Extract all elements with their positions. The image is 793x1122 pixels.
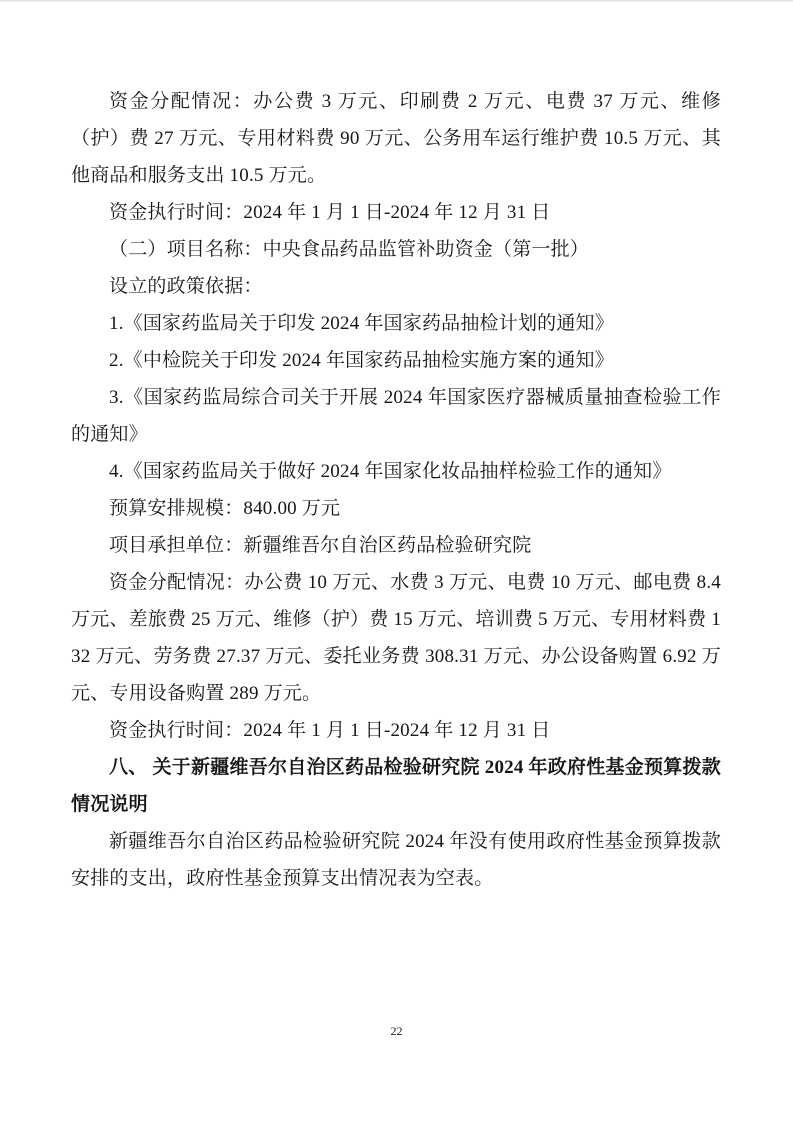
para-policy-item-4: 4.《国家药监局关于做好 2024 年国家化妆品抽样检验工作的通知》: [71, 453, 721, 490]
para-policy-basis-label: 设立的政策依据：: [71, 268, 721, 305]
para-policy-item-3: 3.《国家药监局综合司关于开展 2024 年国家医疗器械质量抽查检验工作的通知》: [71, 379, 721, 453]
document-page: 资金分配情况：办公费 3 万元、印刷费 2 万元、电费 37 万元、维修（护）费…: [0, 0, 793, 1122]
para-policy-item-2: 2.《中检院关于印发 2024 年国家药品抽检实施方案的通知》: [71, 342, 721, 379]
para-fund-execution-time-2: 资金执行时间：2024 年 1 月 1 日-2024 年 12 月 31 日: [71, 712, 721, 749]
section-heading-gov-fund-budget: 八、 关于新疆维吾尔自治区药品检验研究院 2024 年政府性基金预算拨款情况说明: [71, 749, 721, 823]
para-project-undertaker: 项目承担单位：新疆维吾尔自治区药品检验研究院: [71, 527, 721, 564]
page-footer: 22: [0, 1022, 793, 1040]
page-top-edge-line: [0, 0, 793, 2]
para-fund-execution-time-1: 资金执行时间：2024 年 1 月 1 日-2024 年 12 月 31 日: [71, 194, 721, 231]
para-fund-allocation-first-project: 资金分配情况：办公费 3 万元、印刷费 2 万元、电费 37 万元、维修（护）费…: [71, 83, 721, 194]
page-number: 22: [391, 1024, 403, 1038]
para-budget-scale: 预算安排规模：840.00 万元: [71, 490, 721, 527]
para-gov-fund-statement: 新疆维吾尔自治区药品检验研究院 2024 年没有使用政府性基金预算拨款安排的支出…: [71, 823, 721, 897]
para-fund-allocation-second-project: 资金分配情况：办公费 10 万元、水费 3 万元、电费 10 万元、邮电费 8.…: [71, 564, 721, 712]
page-body-text: 资金分配情况：办公费 3 万元、印刷费 2 万元、电费 37 万元、维修（护）费…: [71, 83, 721, 897]
para-project-name: （二）项目名称：中央食品药品监管补助资金（第一批）: [71, 231, 721, 268]
para-policy-item-1: 1.《国家药监局关于印发 2024 年国家药品抽检计划的通知》: [71, 305, 721, 342]
